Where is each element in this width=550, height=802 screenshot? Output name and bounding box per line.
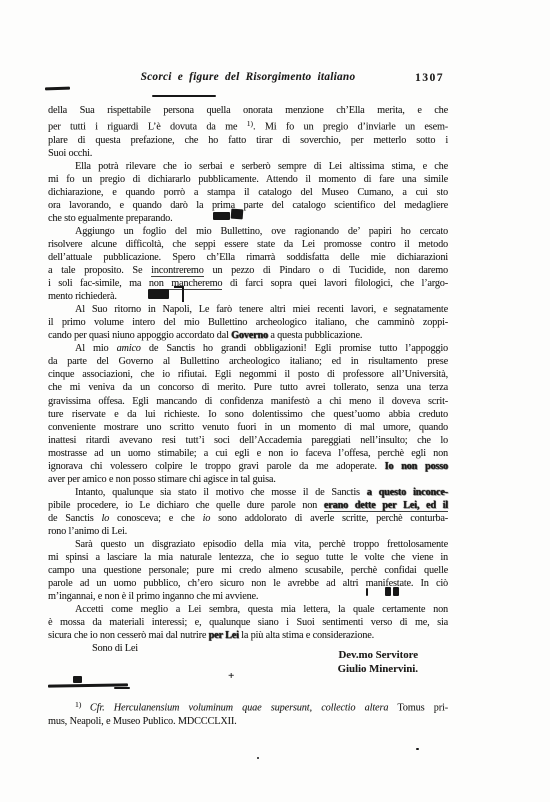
text-line: parole ad un uomo pubblico, ch’ero sicur… (48, 577, 448, 590)
text-line: a tale proposito. Se incontreremo un pez… (48, 264, 448, 277)
scanned-book-page: Scorci e figure del Risorgimento italian… (0, 0, 550, 802)
page-number: 1307 (415, 72, 444, 84)
text-segment: mi fo un pregio di dichiararlo pubblicam… (48, 174, 448, 185)
text-line: dell’attuale pubblicazione. Spero ch’Ell… (48, 251, 448, 264)
text-line: Intanto, qualunque sia stato il motivo c… (48, 486, 448, 499)
text-line: della Sua rispettabile persona quella on… (48, 104, 448, 117)
text-segment: dell’attuale pubblicazione. Spero ch’Ell… (48, 252, 448, 263)
text-line: dichiarazione, e quando porrò a stampa i… (48, 186, 448, 199)
text-line: risolvere alcune difficoltà, che seppi e… (48, 238, 448, 251)
text-line: Al Suo ritorno in Napoli, Le farò tenere… (48, 303, 448, 316)
text-line: ture riservate e da lui richieste. Io so… (48, 408, 448, 421)
text-segment: Al mio (75, 343, 117, 354)
footnote-separator-line (48, 683, 128, 687)
text-line: Aggiungo un foglio del mio Bullettino, o… (48, 225, 448, 238)
text-segment: incontreremo (151, 265, 204, 277)
text-line: è mossa da materiali interessi; e, qualu… (48, 616, 448, 629)
text-segment: Sarà questo un disgraziato episodio dell… (75, 539, 448, 550)
text-segment: a tale proposito. Se (48, 265, 151, 276)
text-segment: inattesi ritardi avevano resi tutt’i soc… (48, 435, 448, 446)
text-segment: ora lavorando, e quando darò la prima pa… (48, 200, 448, 211)
text-segment: campo una questione personale; pure mi c… (48, 565, 448, 576)
footnote-separator-line-thin (114, 687, 130, 689)
text-segment: è mossa da materiali interessi; e, qualu… (48, 617, 448, 628)
text-line: che sto egualmente preparando. (48, 212, 448, 225)
signature-block: Dev.mo Servitore Giulio Minervini. (48, 649, 418, 677)
text-segment: rono l’animo di Lei. (48, 526, 127, 537)
text-line: inattesi ritardi avevano resi tutt’i soc… (48, 434, 448, 447)
text-segment: sono addolorato di averle scritte, perch… (210, 513, 448, 524)
text-segment: parole ad un uomo pubblico, ch’ero sicur… (48, 578, 448, 589)
text-segment: m’ingannai, e non è il primo inganno che… (48, 591, 258, 602)
text-line: ora lavorando, e quando darò la prima pa… (48, 199, 448, 212)
text-line: per tutti i riguardi L’è dovuta da me 1)… (48, 117, 448, 134)
paper-speck-bottom (257, 757, 259, 759)
text-segment: mento richiederà. (48, 291, 117, 302)
text-line: gravissima offesa. Egli mancando di conf… (48, 395, 448, 408)
text-segment: Cfr. Herculanensium voluminum quae super… (90, 703, 388, 714)
text-segment: ture riservate e da lui richieste. Io so… (48, 409, 448, 420)
text-segment: dichiarazione, e quando porrò a stampa i… (48, 187, 448, 198)
text-line: sicura che io non cesserò mai dal nutrir… (48, 629, 448, 642)
text-segment: gravissima offesa. Egli mancando di conf… (48, 396, 448, 407)
text-segment: mi spinsi a lasciare la mia naturale len… (48, 552, 448, 563)
text-line: mento richiederà. (48, 290, 448, 303)
footnote-separator-blob (73, 676, 82, 683)
text-line: Al mio amico de Sanctis ho grandi obblig… (48, 342, 448, 355)
text-line: Suoi occhi. (48, 147, 448, 160)
text-line: mostrasse ad un uomo stimabile; a cui eg… (48, 447, 448, 460)
text-segment: che sto egualmente preparando. (48, 213, 173, 224)
text-line: de Sanctis lo conosceva; e che io sono a… (48, 512, 448, 525)
text-segment: mostrasse ad un uomo stimabile; a cui eg… (48, 448, 448, 459)
running-header-title: Scorci e figure del Risorgimento italian… (48, 71, 448, 83)
text-line: mus, Neapoli, e Museo Publico. MDCCCLXII… (48, 715, 448, 728)
text-segment: a questo inconce- (367, 487, 448, 498)
text-segment: della Sua rispettabile persona quella on… (48, 105, 448, 116)
text-segment: Accetti come meglio a Lei sembra, questa… (75, 604, 448, 615)
footnote: 1) Cfr. Herculanensium voluminum quae su… (48, 698, 448, 728)
text-line: conveniente mostrare uno scritto venuto … (48, 421, 448, 434)
text-line: mi fo un pregio di dichiararlo pubblicam… (48, 173, 448, 186)
text-segment: Tomus pri- (388, 703, 448, 714)
text-segment: sicura che io non cesserò mai dal nutrir… (48, 630, 209, 641)
text-line: il primo volume intero del mio Bullettin… (48, 316, 448, 329)
text-segment: cando per quasi niuno appoggio accordato… (48, 330, 231, 341)
header-underline-smudge-mark (152, 95, 216, 97)
text-line: campo una questione personale; pure mi c… (48, 564, 448, 577)
text-segment: Intanto, qualunque sia stato il motivo c… (75, 487, 367, 498)
text-segment: risolvere alcune difficoltà, che seppi e… (48, 239, 448, 250)
text-segment: . Mi fo un pregio d’inviarle un esem- (253, 122, 448, 133)
text-line: che mi veniva da un concorso di merito. … (48, 381, 448, 394)
paper-speck-right (416, 748, 419, 750)
text-segment: che mi veniva da un concorso di merito. … (48, 382, 448, 393)
text-segment: da parte del Governo al Bullettino arche… (48, 356, 448, 367)
text-segment: amico (117, 343, 141, 354)
text-line: aver per amico e non posso stimare chi a… (48, 473, 448, 486)
text-line: m’ingannai, e non è il primo inganno che… (48, 590, 448, 603)
text-segment: la più alta stima e considerazione. (239, 630, 374, 641)
text-segment: Al Suo ritorno in Napoli, Le farò tenere… (75, 304, 448, 315)
text-line: Ella potrà rilevare che io serbai e serb… (48, 160, 448, 173)
text-line: plare di questa prefazione, che ho fatto… (48, 134, 448, 147)
text-line: mi spinsi a lasciare la mia naturale len… (48, 551, 448, 564)
text-segment: Suoi occhi. (48, 148, 92, 159)
signature-role: Dev.mo Servitore (48, 649, 418, 663)
text-segment: Ella potrà rilevare che io serbai e serb… (75, 161, 448, 172)
signature-name: Giulio Minervini. (48, 663, 418, 677)
text-line: rono l’animo di Lei. (48, 525, 448, 538)
text-segment: Governo (231, 330, 268, 341)
text-segment: un pezzo di Pindaro o di Tucidide, non d… (204, 265, 448, 276)
text-segment: erano dette per Lei, ed il (324, 500, 448, 512)
text-segment: per Lei (209, 630, 239, 641)
text-line: Accetti come meglio a Lei sembra, questa… (48, 603, 448, 616)
text-line: ignorava chi volessero colpire le troppo… (48, 460, 448, 473)
text-segment: il primo volume intero del mio Bullettin… (48, 317, 448, 328)
text-segment: cinque associazioni, che io rifiutai. Eg… (48, 369, 448, 380)
text-segment: a questa pubblicazione. (268, 330, 362, 341)
text-segment: conveniente mostrare uno scritto venuto … (48, 422, 448, 433)
text-line: i soli fac-simile, ma non mancheremo di … (48, 277, 448, 290)
text-segment: Aggiungo un foglio del mio Bullettino, o… (75, 226, 448, 237)
text-line: 1) Cfr. Herculanensium voluminum quae su… (48, 698, 448, 715)
text-segment: di farci sopra quei lavori filologici, c… (222, 278, 448, 289)
text-line: pibile procedere, io Le dichiaro che que… (48, 499, 448, 512)
text-line: da parte del Governo al Bullettino arche… (48, 355, 448, 368)
text-line: cinque associazioni, che io rifiutai. Eg… (48, 368, 448, 381)
text-segment: ignorava chi volessero colpire le troppo… (48, 461, 385, 472)
text-segment: lo (102, 513, 110, 524)
text-segment: non mancheremo (149, 278, 223, 290)
letter-body: della Sua rispettabile persona quella on… (48, 104, 448, 655)
text-segment: conosceva; e che (109, 513, 202, 524)
text-line: cando per quasi niuno appoggio accordato… (48, 329, 448, 342)
text-segment: de Sanctis ho grandi obbligazioni! Egli … (141, 343, 448, 354)
text-segment: pibile procedere, io Le dichiaro che que… (48, 500, 324, 511)
text-segment: per tutti i riguardi L’è dovuta da me (48, 122, 247, 133)
text-line: Sarà questo un disgraziato episodio dell… (48, 538, 448, 551)
running-header: Scorci e figure del Risorgimento italian… (48, 71, 448, 89)
text-segment: mus, Neapoli, e Museo Publico. MDCCCLXII… (48, 716, 237, 727)
superscript-footnote-ref: 1) (75, 700, 90, 709)
text-segment: aver per amico e non posso stimare chi a… (48, 474, 276, 485)
text-segment: i soli fac-simile, ma (48, 278, 149, 289)
text-segment: plare di questa prefazione, che ho fatto… (48, 135, 448, 146)
text-segment: de Sanctis (48, 513, 102, 524)
text-segment: Io non posso (385, 461, 448, 472)
